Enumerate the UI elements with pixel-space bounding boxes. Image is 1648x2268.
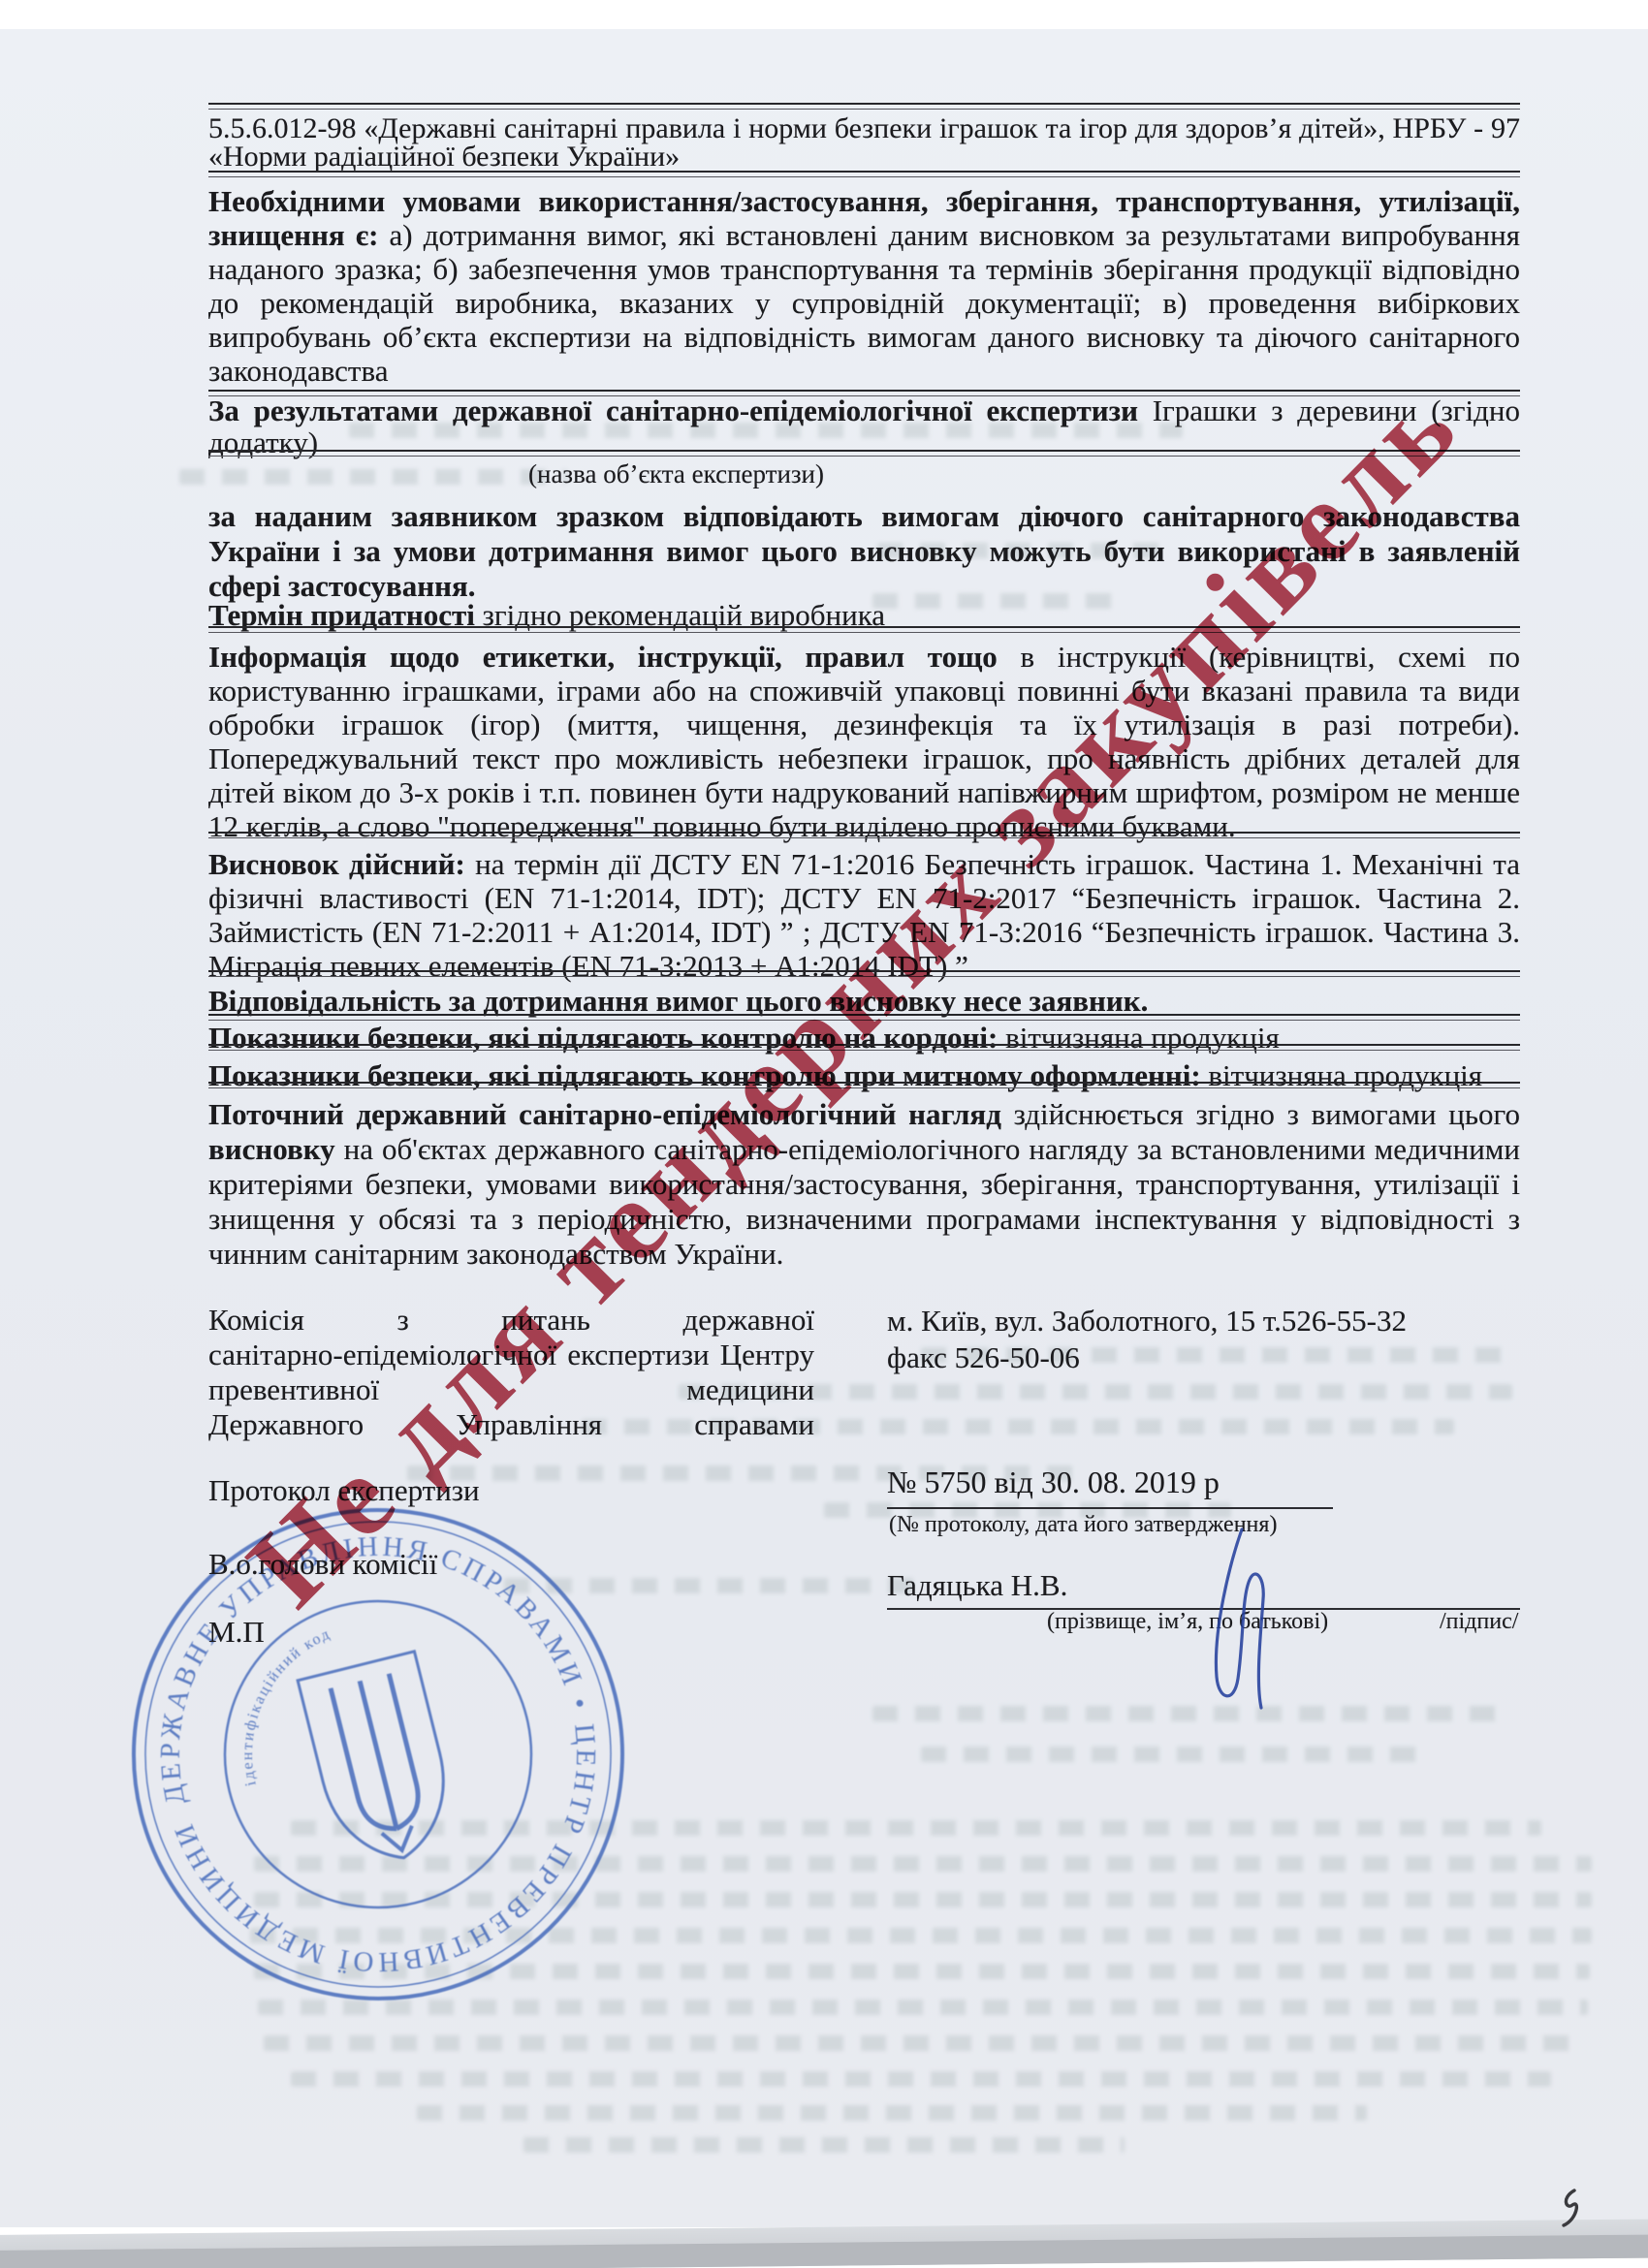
protocol-number: № 5750 від 30. 08. 2019 р — [887, 1465, 1333, 1509]
bleed-through-line — [179, 469, 567, 485]
divider — [208, 103, 1520, 110]
divider — [208, 832, 1520, 838]
surveillance-lead: Поточний державний санітарно-епідеміолог… — [208, 1097, 1001, 1131]
surveillance-rest: на об'єктах державного санітарно-епідемі… — [208, 1132, 1520, 1271]
surveillance-paragraph: Поточний державний санітарно-епідеміолог… — [208, 1097, 1520, 1272]
divider — [208, 1082, 1520, 1088]
expertise-result-lead: За результатами державної санітарно-епід… — [208, 394, 1138, 427]
standards-note-text: 5.5.6.012-98 «Державні санітарні правила… — [208, 112, 1520, 173]
validity-lead: Висновок дійсний: — [208, 847, 465, 881]
bleed-through-line — [291, 2071, 1551, 2087]
bleed-through-line — [264, 2035, 1586, 2051]
signature-caption: /підпис/ — [1440, 1609, 1585, 1634]
object-caption: (назва об’єкта експертизи) — [528, 459, 1207, 488]
commission-address: м. Київ, вул. Заболотного, 15 т.526-55-3… — [887, 1303, 1522, 1376]
surveillance-lead2: висновку — [208, 1132, 335, 1166]
bleed-through-line — [921, 1747, 1425, 1762]
surveillance-mid: здійснюється згідно з вимогами цього — [1001, 1097, 1520, 1131]
signature-scribble — [1149, 1524, 1314, 1727]
conditions-paragraph: Необхідними умовами використання/застосу… — [208, 184, 1520, 388]
scanned-document: { "watermark": { "text": "Не для тендерн… — [0, 0, 1648, 2268]
labeling-paragraph: Інформація щодо етикетки, інструкції, пр… — [208, 640, 1520, 843]
labeling-lead: Інформація щодо етикетки, інструкції, пр… — [208, 640, 998, 674]
trident-emblem-icon — [298, 1652, 462, 1873]
address-line: м. Київ, вул. Заболотного, 15 т.526-55-3… — [887, 1303, 1522, 1339]
conditions-rest: а) дотримання вимог, які встановлені дан… — [208, 218, 1520, 388]
divider — [208, 171, 1520, 177]
bleed-through-line — [417, 2105, 1367, 2121]
corner-ink-mark — [1551, 2187, 1590, 2229]
divider — [208, 626, 1520, 633]
bleed-through-line — [523, 2137, 1125, 2153]
address-line: факс 526-50-06 — [887, 1339, 1522, 1376]
standards-note: 5.5.6.012-98 «Державні санітарні правила… — [208, 114, 1520, 171]
